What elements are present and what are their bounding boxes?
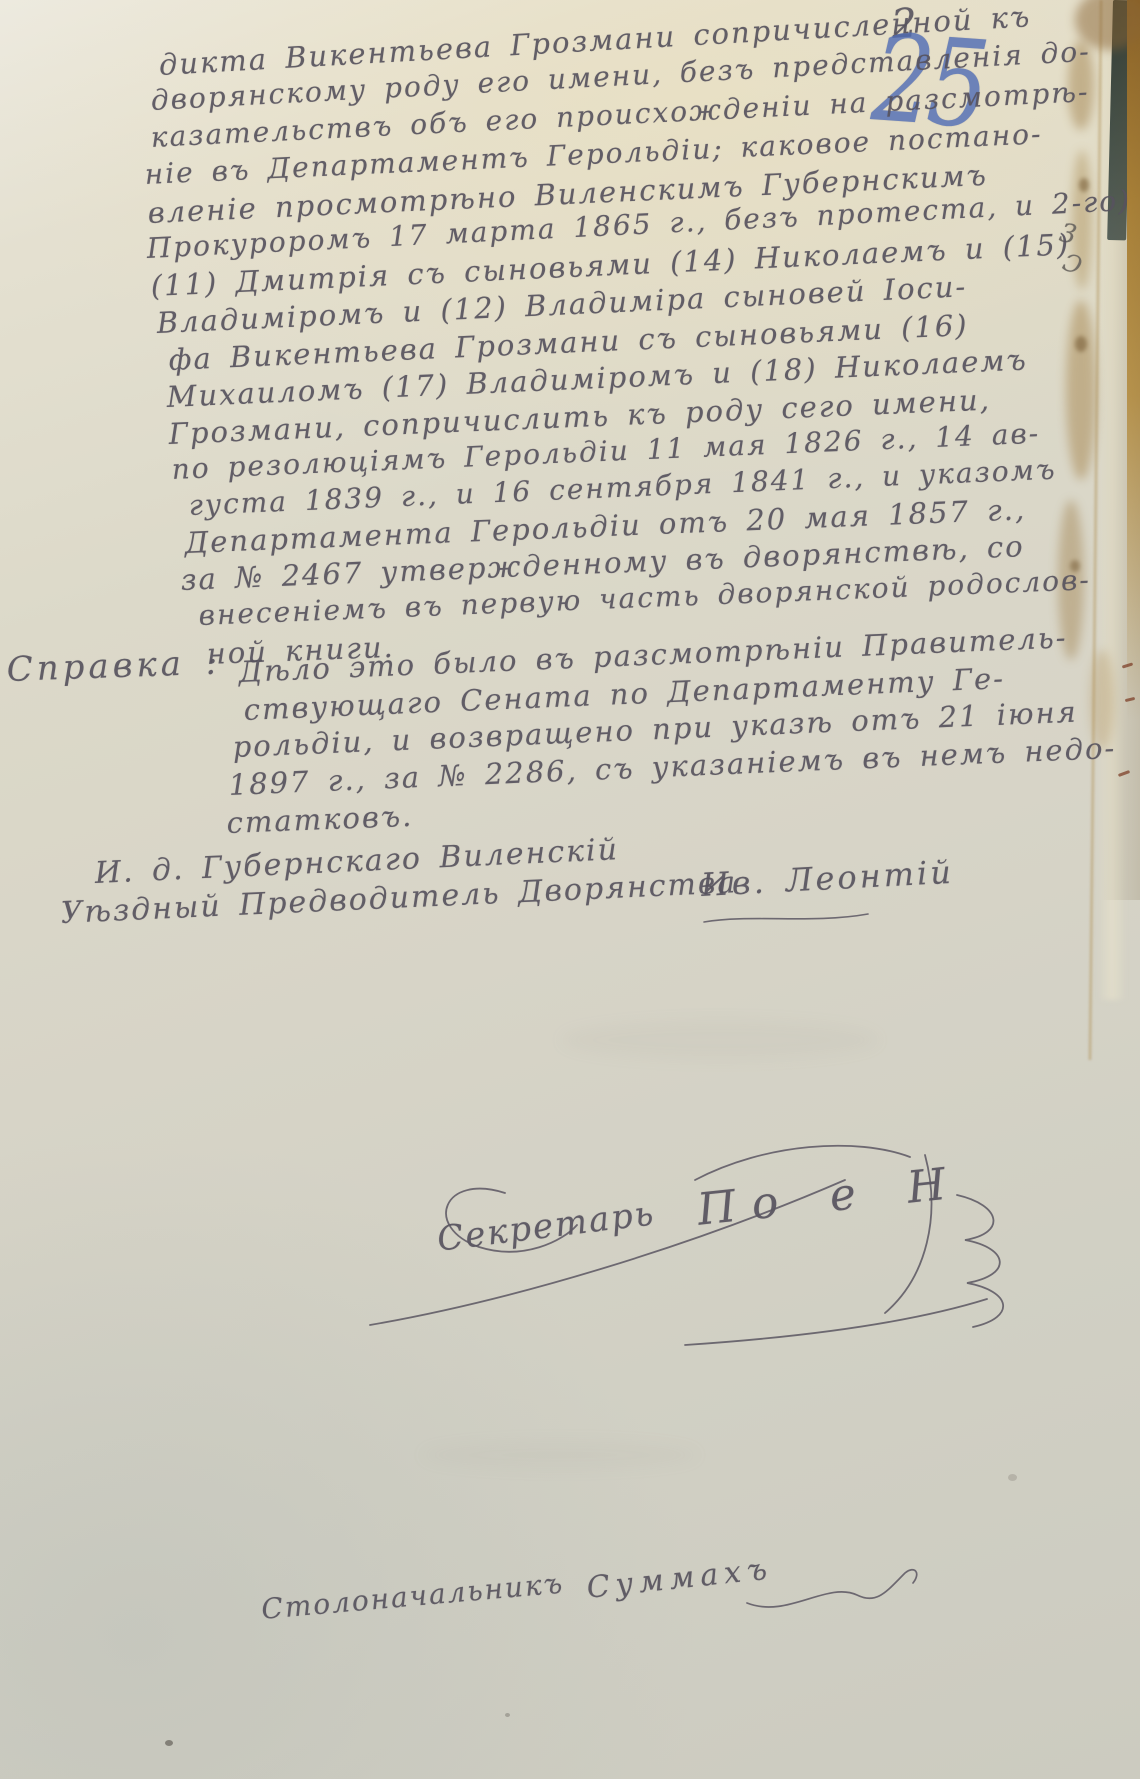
spravka-label: Справка :	[6, 643, 222, 690]
spravka-line: статковъ.	[226, 799, 414, 840]
stain-knot	[1075, 336, 1087, 352]
official-signature-underline	[702, 908, 872, 928]
paper-stain	[1066, 300, 1096, 480]
secretary-signature-flourish	[365, 1085, 1025, 1365]
bleed-through	[560, 1020, 880, 1060]
dust-speck	[1008, 1474, 1017, 1481]
official-signature: Ив. Леонтій	[700, 853, 955, 904]
dust-speck	[505, 1713, 510, 1717]
secretary-signature-block: Секретарь По е Н	[365, 1085, 1025, 1365]
dust-speck	[165, 1740, 173, 1746]
clerk-signature-block: Столоначальникъ Суммахъ	[255, 1565, 955, 1675]
clerk-label: Столоначальникъ	[260, 1567, 565, 1626]
clerk-signature-flourish	[745, 1565, 925, 1635]
manuscript-page: 2 25 3 Ɔ дикта Викентьева Грозмани сопри…	[0, 0, 1140, 1779]
bleed-through	[420, 1440, 700, 1470]
